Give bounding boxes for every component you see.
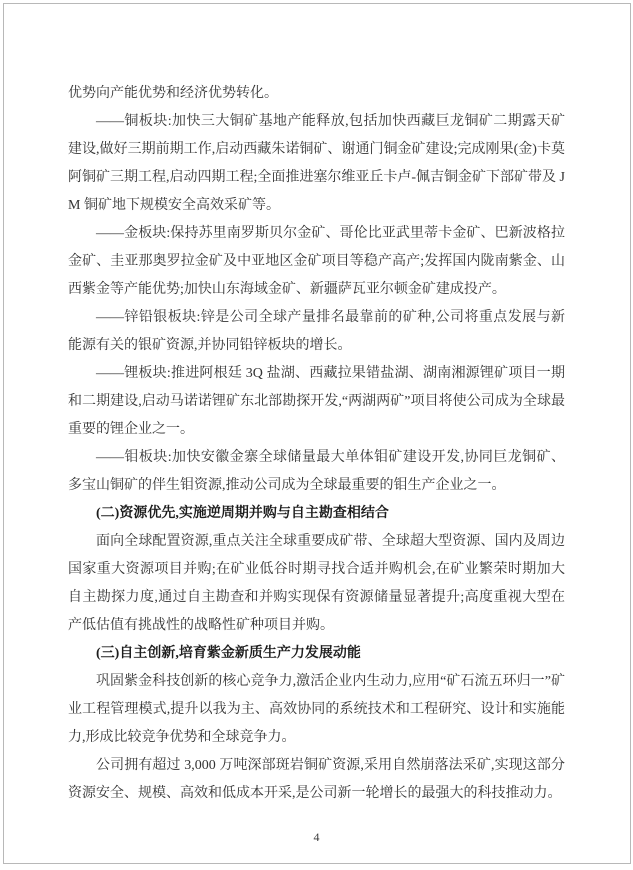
page-number: 4 xyxy=(0,830,633,845)
paragraph: 面向全球配置资源,重点关注全球重要成矿带、全球超大型资源、国内及周边国家重大资源… xyxy=(68,528,565,640)
document-body: 优势向产能优势和经济优势转化。 ——铜板块:加快三大铜矿基地产能释放,包括加快西… xyxy=(68,80,565,808)
paragraph: 巩固紫金科技创新的核心竞争力,激活企业内生动力,应用“矿石流五环归一”矿业工程管… xyxy=(68,668,565,752)
paragraph: 公司拥有超过 3,000 万吨深部斑岩铜矿资源,采用自然崩落法采矿,实现这部分资… xyxy=(68,752,565,808)
document-page: 优势向产能优势和经济优势转化。 ——铜板块:加快三大铜矿基地产能释放,包括加快西… xyxy=(0,0,633,870)
paragraph-zinc-lead-silver-segment: ——锌铅银板块:锌是公司全球产量排名最靠前的矿种,公司将重点发展与新能源有关的银… xyxy=(68,304,565,360)
paragraph-gold-segment: ——金板块:保持苏里南罗斯贝尔金矿、哥伦比亚武里蒂卡金矿、巴新波格拉金矿、圭亚那… xyxy=(68,220,565,304)
paragraph: 优势向产能优势和经济优势转化。 xyxy=(68,80,565,108)
section-heading-2: (二)资源优先,实施逆周期并购与自主勘查相结合 xyxy=(68,500,565,528)
paragraph-copper-segment: ——铜板块:加快三大铜矿基地产能释放,包括加快西藏巨龙铜矿二期露天矿建设,做好三… xyxy=(68,108,565,220)
paragraph-lithium-segment: ——锂板块:推进阿根廷 3Q 盐湖、西藏拉果错盐湖、湖南湘源锂矿项目一期和二期建… xyxy=(68,360,565,444)
section-heading-3: (三)自主创新,培育紫金新质生产力发展动能 xyxy=(68,640,565,668)
paragraph-molybdenum-segment: ——钼板块:加快安徽金寨全球储量最大单体钼矿建设开发,协同巨龙铜矿、多宝山铜矿的… xyxy=(68,444,565,500)
